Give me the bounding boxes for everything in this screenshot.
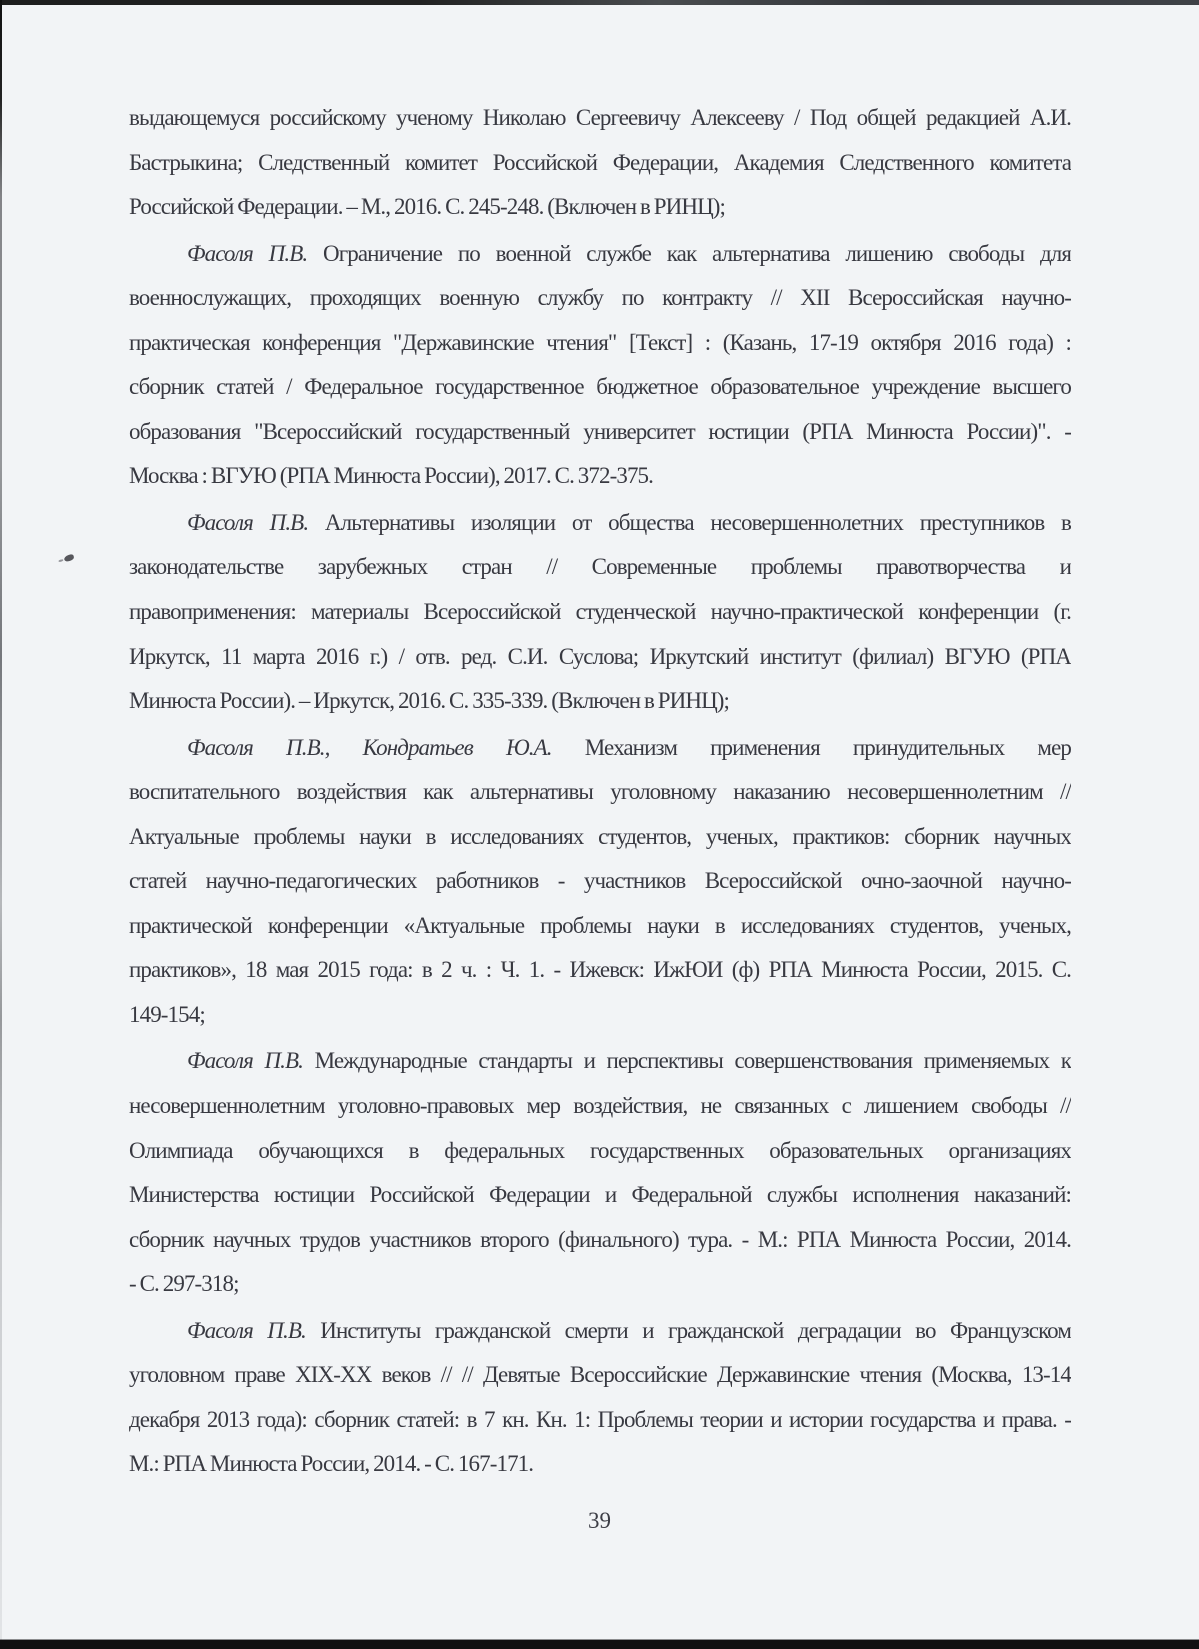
text-line: военнослужащих, проходящих военную служб…: [129, 276, 1071, 321]
text-line: законодательстве зарубежных стран // Сов…: [129, 545, 1071, 590]
line-text: Минюста России). – Иркутск, 2016. С. 335…: [129, 688, 729, 713]
bibliography-paragraph: Фасоля П.В., Кондратьев Ю.А. Механизм пр…: [129, 726, 1071, 1038]
text-line: Фасоля П.В. Институты гражданской смерти…: [129, 1309, 1071, 1354]
text-line: образования "Всероссийский государственн…: [129, 410, 1071, 455]
line-text: Москва : ВГУЮ (РПА Минюста России), 2017…: [129, 463, 653, 488]
author-name-italic: Фасоля П.В.: [187, 1318, 306, 1343]
bibliography-paragraph: выдающемуся российскому ученому Николаю …: [129, 96, 1071, 230]
line-text: статей научно-педагогических работников …: [129, 868, 1071, 893]
text-line: Российской Федерации. – М., 2016. С. 245…: [129, 185, 1071, 230]
bibliography-paragraph: Фасоля П.В. Международные стандарты и пе…: [129, 1039, 1071, 1306]
text-line: практическая конференция "Державинские ч…: [129, 321, 1071, 366]
line-text: выдающемуся российскому ученому Николаю …: [129, 105, 1071, 130]
text-line: М.: РПА Минюста России, 2014. - С. 167-1…: [129, 1442, 1071, 1487]
bibliography-paragraph: Фасоля П.В. Альтернативы изоляции от общ…: [129, 501, 1071, 724]
text-line: выдающемуся российскому ученому Николаю …: [129, 96, 1071, 141]
text-line: статей научно-педагогических работников …: [129, 859, 1071, 904]
scan-edge-left-artifact: [0, 0, 2, 1642]
line-text: Российской Федерации. – М., 2016. С. 245…: [129, 194, 725, 219]
bibliography-paragraph: Фасоля П.В. Институты гражданской смерти…: [129, 1309, 1071, 1487]
line-text: М.: РПА Минюста России, 2014. - С. 167-1…: [129, 1451, 533, 1476]
page-number: 39: [0, 1508, 1199, 1534]
line-text: сборник научных трудов участников второг…: [129, 1227, 1071, 1252]
line-text: практической конференции «Актуальные про…: [129, 913, 1071, 938]
text-line: сборник научных трудов участников второг…: [129, 1218, 1071, 1263]
line-text: Олимпиада обучающихся в федеральных госу…: [129, 1138, 1071, 1163]
line-text: несовершеннолетним уголовно-правовых мер…: [129, 1093, 1071, 1118]
line-text: декабря 2013 года): сборник статей: в 7 …: [129, 1407, 1071, 1432]
line-text: Институты гражданской смерти и гражданск…: [306, 1318, 1071, 1343]
line-text: военнослужащих, проходящих военную служб…: [129, 285, 1071, 310]
text-line: уголовном праве XIX-XX веков // // Девят…: [129, 1353, 1071, 1398]
line-text: Альтернативы изоляции от общества несове…: [308, 510, 1071, 535]
line-text: Актуальные проблемы науки в исследования…: [129, 824, 1071, 849]
line-text: 149-154;: [129, 1002, 205, 1027]
text-line: декабря 2013 года): сборник статей: в 7 …: [129, 1398, 1071, 1443]
line-text: Министерства юстиции Российской Федераци…: [129, 1182, 1071, 1207]
line-text: сборник статей / Федеральное государстве…: [129, 374, 1071, 399]
text-line: Фасоля П.В. Международные стандарты и пе…: [129, 1039, 1071, 1084]
scan-edge-bottom-artifact: [0, 1640, 1199, 1649]
text-line: сборник статей / Федеральное государстве…: [129, 365, 1071, 410]
scanned-page: выдающемуся российскому ученому Николаю …: [0, 0, 1199, 1649]
line-text: законодательстве зарубежных стран // Сов…: [129, 554, 1071, 579]
author-name-italic: Фасоля П.В.: [187, 510, 308, 535]
text-line: практиков», 18 мая 2015 года: в 2 ч. : Ч…: [129, 948, 1071, 993]
text-line: Фасоля П.В. Альтернативы изоляции от общ…: [129, 501, 1071, 546]
line-text: Иркутск, 11 марта 2016 г.) / отв. ред. С…: [129, 644, 1071, 669]
line-text: Ограничение по военной службе как альтер…: [307, 241, 1071, 266]
text-line: практической конференции «Актуальные про…: [129, 904, 1071, 949]
author-name-italic: Фасоля П.В.: [187, 241, 307, 266]
text-line: Актуальные проблемы науки в исследования…: [129, 815, 1071, 860]
bibliography-paragraph: Фасоля П.В. Ограничение по военной служб…: [129, 232, 1071, 499]
ink-speck-artifact: [63, 554, 74, 563]
text-line: Фасоля П.В., Кондратьев Ю.А. Механизм пр…: [129, 726, 1071, 771]
line-text: практиков», 18 мая 2015 года: в 2 ч. : Ч…: [129, 957, 1071, 982]
text-line: правоприменения: материалы Всероссийской…: [129, 590, 1071, 635]
line-text: правоприменения: материалы Всероссийской…: [129, 599, 1071, 624]
line-text: воспитательного воздействия как альтерна…: [129, 779, 1071, 804]
author-name-italic: Фасоля П.В.: [187, 1048, 303, 1073]
line-text: практическая конференция "Державинские ч…: [129, 330, 1071, 355]
text-line: Олимпиада обучающихся в федеральных госу…: [129, 1129, 1071, 1174]
line-text: образования "Всероссийский государственн…: [129, 419, 1071, 444]
text-line: Москва : ВГУЮ (РПА Минюста России), 2017…: [129, 454, 1071, 499]
text-line: Бастрыкина; Следственный комитет Российс…: [129, 141, 1071, 186]
line-text: Бастрыкина; Следственный комитет Российс…: [129, 150, 1071, 175]
text-line: 149-154;: [129, 993, 1071, 1038]
scan-edge-top-artifact: [0, 0, 1199, 5]
line-text: Международные стандарты и перспективы со…: [303, 1048, 1071, 1073]
text-line: Минюста России). – Иркутск, 2016. С. 335…: [129, 679, 1071, 724]
bibliography-text-block: выдающемуся российскому ученому Николаю …: [129, 96, 1071, 1487]
line-text: - С. 297-318;: [129, 1271, 239, 1296]
text-line: Фасоля П.В. Ограничение по военной служб…: [129, 232, 1071, 277]
text-line: воспитательного воздействия как альтерна…: [129, 770, 1071, 815]
text-line: Министерства юстиции Российской Федераци…: [129, 1173, 1071, 1218]
line-text: Механизм применения принудительных мер: [552, 735, 1071, 760]
author-name-italic: Фасоля П.В., Кондратьев Ю.А.: [187, 735, 552, 760]
text-line: несовершеннолетним уголовно-правовых мер…: [129, 1084, 1071, 1129]
line-text: уголовном праве XIX-XX веков // // Девят…: [129, 1362, 1071, 1387]
text-line: - С. 297-318;: [129, 1262, 1071, 1307]
text-line: Иркутск, 11 марта 2016 г.) / отв. ред. С…: [129, 635, 1071, 680]
